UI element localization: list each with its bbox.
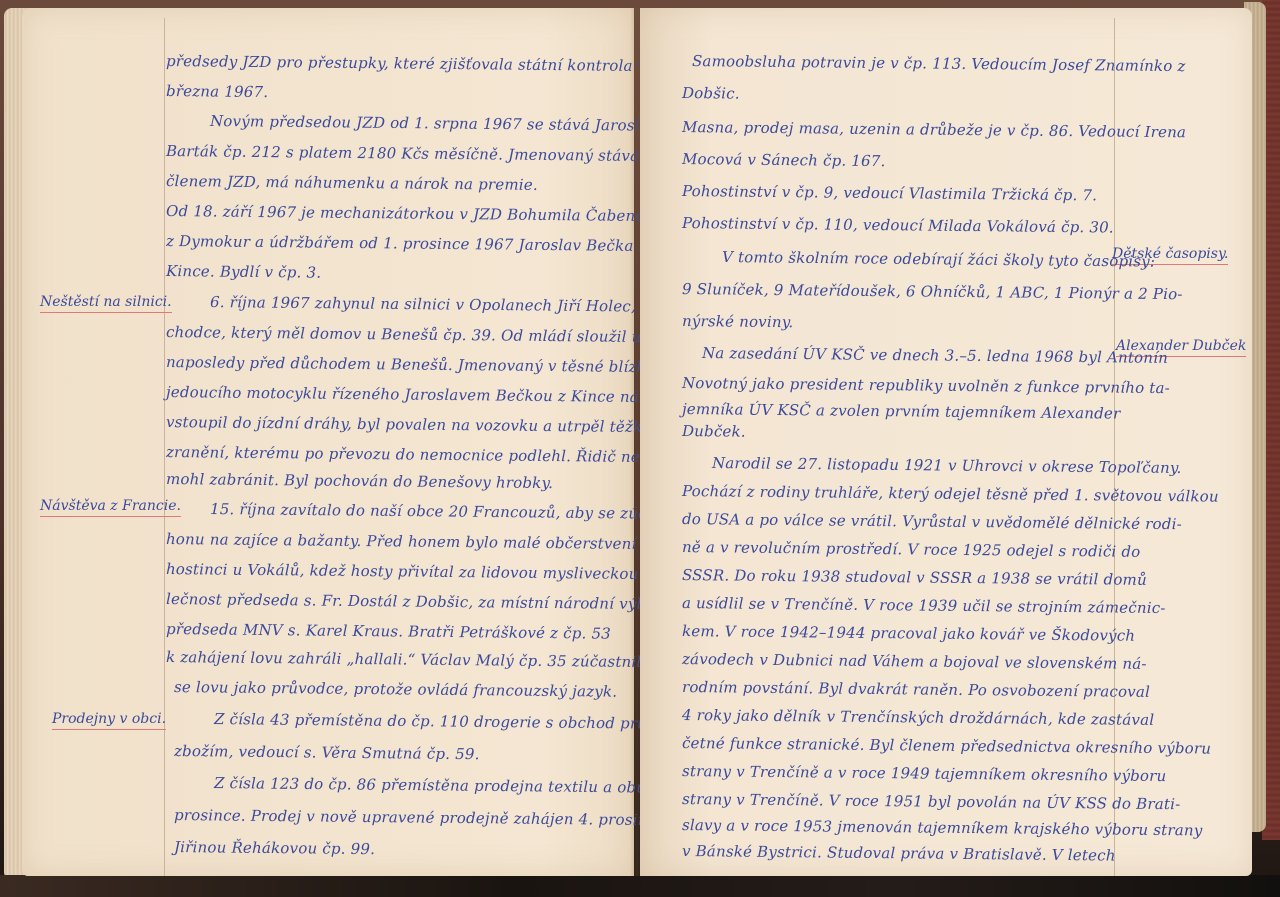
text-line: zbožím, vedoucí s. Věra Smutná čp. 59.: [174, 742, 480, 763]
text-line: Pohostinství v čp. 110, vedoucí Milada V…: [682, 214, 1114, 237]
text-line: Novým předsedou JZD od 1. srpna 1967 se …: [210, 112, 658, 135]
text-line: k zahájení lovu zahráli „hallali.“ Václa…: [166, 648, 642, 671]
text-line: vstoupil do jízdní dráhy, byl povalen na…: [166, 413, 652, 436]
text-line: Kince. Bydlí v čp. 3.: [166, 262, 321, 282]
text-line: lečnost předseda s. Fr. Dostál z Dobšic,…: [166, 590, 663, 613]
text-line: kem. V roce 1942–1944 pracoval jako ková…: [682, 622, 1135, 645]
text-line: v Bánské Bystrici. Studoval práva v Brat…: [682, 842, 1116, 865]
margin-heading-accident: Neštěstí na silnici.: [40, 294, 172, 313]
text-line: Mocová v Sánech čp. 167.: [682, 150, 886, 170]
margin-rule: [164, 18, 165, 876]
text-line: zranění, kterému po převozu do nemocnice…: [166, 443, 707, 467]
text-line: Masna, prodej masa, uzenin a drůbeže je …: [682, 118, 1186, 141]
left-page: Neštěstí na silnici. Návštěva z Francie.…: [22, 8, 634, 876]
text-line: jedoucího motocyklu řízeného Jaroslavem …: [166, 383, 663, 406]
text-line: Novotný jako president republiky uvolněn…: [682, 374, 1170, 397]
text-line: členem JZD, má náhumenku a nárok na prem…: [166, 172, 538, 194]
text-line: 6. října 1967 zahynul na silnici v Opola…: [210, 293, 666, 316]
text-line: slavy a v roce 1953 jmenován tajemníkem …: [682, 816, 1203, 839]
text-line: a usídlil se v Trenčíně. V roce 1939 uči…: [682, 594, 1166, 617]
text-line: Na zasedání ÚV KSČ ve dnech 3.–5. ledna …: [702, 344, 1168, 367]
text-line: Dubček.: [682, 422, 746, 441]
text-line: Od 18. září 1967 je mechanizátorkou v JZ…: [166, 202, 690, 225]
text-line: hostinci u Vokálů, kdež hosty přivítal z…: [166, 560, 676, 583]
text-line: nýrské noviny.: [682, 312, 794, 331]
text-line: strany v Trenčíně. V roce 1951 byl povol…: [682, 790, 1181, 813]
text-line: se lovu jako průvodce, protože ovládá fr…: [174, 678, 617, 701]
text-line: závodech v Dubnici nad Váhem a bojoval v…: [682, 650, 1147, 673]
text-line: Jiřinou Řehákovou čp. 99.: [174, 838, 375, 858]
text-line: Barták čp. 212 s platem 2180 Kčs měsíčně…: [166, 142, 661, 165]
text-line: Z čísla 123 do čp. 86 přemístěna prodejn…: [214, 774, 680, 797]
text-line: března 1967.: [166, 82, 268, 101]
text-line: strany v Trenčíně a v roce 1949 tajemník…: [682, 762, 1167, 785]
text-line: Narodil se 27. listopadu 1921 v Uhrovci …: [712, 454, 1182, 477]
text-line: mohl zabránit. Byl pochován do Benešovy …: [166, 470, 553, 492]
table-surface: [0, 875, 1280, 897]
text-line: 9 Sluníček, 9 Mateřídoušek, 6 Ohníčků, 1…: [682, 280, 1183, 303]
text-line: ně a v revolučním prostředí. V roce 1925…: [682, 538, 1141, 561]
text-line: naposledy před důchodem u Benešů. Jmenov…: [166, 353, 674, 376]
text-line: z Dymokur a údržbářem od 1. prosince 196…: [166, 232, 647, 255]
text-line: Samoobsluha potravin je v čp. 113. Vedou…: [692, 52, 1186, 75]
text-line: rodním povstání. Byl dvakrát raněn. Po o…: [682, 678, 1150, 701]
text-line: Pochází z rodiny truhláře, který odejel …: [682, 482, 1219, 506]
text-line: Pohostinství v čp. 9, vedoucí Vlastimila…: [682, 182, 1097, 204]
text-line: V tomto školním roce odebírají žáci škol…: [722, 248, 1155, 271]
text-line: SSSR. Do roku 1938 studoval v SSSR a 193…: [682, 566, 1147, 589]
text-line: četné funkce stranické. Byl členem předs…: [682, 734, 1211, 758]
margin-heading-shops: Prodejny v obci.: [52, 711, 166, 730]
text-line: Dobšic.: [682, 84, 740, 103]
text-line: jemníka ÚV KSČ a zvolen prvním tajemníke…: [682, 400, 1121, 423]
text-line: předseda MNV s. Karel Kraus. Bratři Petr…: [166, 620, 611, 643]
right-page: Dětské časopisy. Alexander Dubček Samoob…: [640, 8, 1252, 876]
margin-heading-france-visit: Návštěva z Francie.: [40, 498, 181, 517]
text-line: do USA a po válce se vrátil. Vyrůstal v …: [682, 510, 1182, 533]
text-line: honu na zajíce a bažanty. Před honem byl…: [166, 530, 650, 553]
text-line: 4 roky jako dělník v Trenčínských droždá…: [682, 706, 1154, 729]
text-line: 15. října zavítalo do naší obce 20 Franc…: [210, 500, 695, 523]
